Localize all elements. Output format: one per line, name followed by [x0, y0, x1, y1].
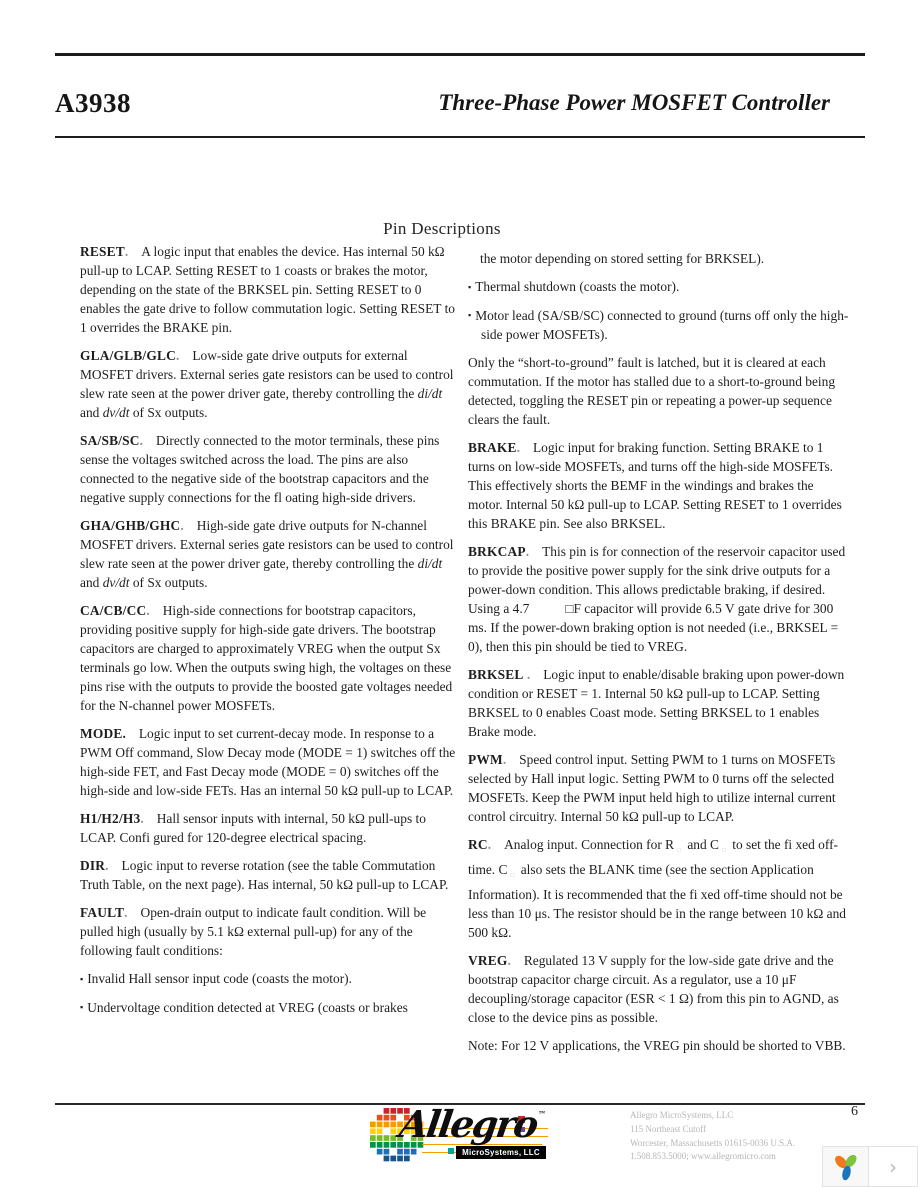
- pin-term: CA/CB/CC: [80, 603, 146, 618]
- address-line: Allegro MicroSystems, LLC: [630, 1109, 795, 1123]
- logo-teal-square: [448, 1148, 454, 1154]
- pin-desc-dir: DIR.Logic input to reverse rotation (see…: [80, 856, 462, 894]
- address-line: 1.508.853.5000; www.allegromicro.com: [630, 1150, 795, 1164]
- address-line: Worcester, Massachusetts 01615-0036 U.S.…: [630, 1137, 795, 1151]
- pin-term: H1/H2/H3: [80, 811, 140, 826]
- pin-desc-h123: H1/H2/H3.Hall sensor inputs with interna…: [80, 809, 462, 847]
- pin-term: BRAKE: [468, 440, 517, 455]
- pin-desc-mode: MODE.Logic input to set current-decay mo…: [80, 724, 462, 800]
- pin-desc-ca: CA/CB/CC.High-side connections for boots…: [80, 601, 462, 715]
- pin-term: FAULT: [80, 905, 124, 920]
- pin-desc-reset: RESET.A logic input that enables the dev…: [80, 242, 462, 337]
- footer-address: Allegro MicroSystems, LLC 115 Northeast …: [630, 1109, 795, 1164]
- address-line: 115 Northeast Cutoff: [630, 1123, 795, 1137]
- pin-term: RC: [468, 837, 488, 852]
- pin-term: SA/SB/SC: [80, 433, 140, 448]
- left-column: RESET.A logic input that enables the dev…: [80, 242, 462, 1026]
- allegro-logo: Allegro™ MicroSystems, LLC: [370, 1106, 550, 1168]
- bullet-icon: ▪: [468, 310, 471, 320]
- pin-desc-fault: FAULT.Open-drain output to indicate faul…: [80, 903, 462, 960]
- bullet-icon: ▪: [80, 974, 83, 984]
- pin-desc-sa: SA/SB/SC.Directly connected to the motor…: [80, 431, 462, 507]
- right-column: the motor depending on stored setting fo…: [468, 249, 850, 1064]
- fault-bullet-motor-lead: ▪Motor lead (SA/SB/SC) connected to grou…: [468, 306, 850, 345]
- header-rule: [55, 136, 865, 138]
- allegro-petal-icon: [832, 1152, 860, 1182]
- pin-desc-brake: BRAKE.Logic input for braking function. …: [468, 438, 850, 533]
- fault-bullet-undervoltage: ▪Undervoltage condition detected at VREG…: [80, 998, 462, 1018]
- brand-widget-button[interactable]: [822, 1146, 869, 1187]
- pin-term: MODE: [80, 726, 122, 741]
- pin-desc-gha: GHA/GHB/GHC.High-side gate drive outputs…: [80, 516, 462, 592]
- top-rule: [55, 53, 865, 56]
- latched-fault-paragraph: Only the “short-to-ground” fault is latc…: [468, 353, 850, 429]
- pin-term: BRKCAP: [468, 544, 526, 559]
- pin-desc-rc: RC.Analog input. Connection for R□ and C…: [468, 835, 850, 942]
- pin-term: PWM: [468, 752, 503, 767]
- pin-desc-brkcap: BRKCAP.This pin is for connection of the…: [468, 542, 850, 656]
- page-number: 6: [851, 1104, 858, 1120]
- pin-desc-brksel: BRKSEL .Logic input to enable/disable br…: [468, 665, 850, 741]
- pin-term: DIR: [80, 858, 105, 873]
- chevron-right-icon: ›: [889, 1157, 897, 1177]
- pin-term: GLA/GLB/GLC: [80, 348, 176, 363]
- note-paragraph: Note: For 12 V applications, the VREG pi…: [468, 1036, 850, 1055]
- pin-term: RESET: [80, 244, 125, 259]
- trademark-symbol: ™: [537, 1109, 546, 1119]
- brand-unit-box: MicroSystems, LLC: [456, 1146, 546, 1159]
- subscript-mark: □: [722, 847, 726, 854]
- document-title: Three-Phase Power MOSFET Controller: [438, 90, 830, 116]
- pin-term: GHA/GHB/GHC: [80, 518, 180, 533]
- brand-wordmark: Allegro™: [397, 1102, 548, 1146]
- fault-bullet-thermal: ▪Thermal shutdown (coasts the motor).: [468, 277, 850, 297]
- datasheet-page: { "header": { "part_number": "A3938", "t…: [0, 0, 918, 1188]
- pin-desc-gla: GLA/GLB/GLC.Low-side gate drive outputs …: [80, 346, 462, 422]
- pin-desc-pwm: PWM.Speed control input. Setting PWM to …: [468, 750, 850, 826]
- subscript-mark: □: [677, 847, 681, 854]
- next-page-button[interactable]: ›: [868, 1146, 918, 1187]
- pin-desc-vreg: VREG.Regulated 13 V supply for the low-s…: [468, 951, 850, 1027]
- bullet-icon: ▪: [468, 282, 471, 292]
- part-number: A3938: [55, 88, 131, 119]
- section-title: Pin Descriptions: [0, 219, 884, 239]
- bullet-icon: ▪: [80, 1002, 83, 1012]
- missing-mu-glyph: □F: [565, 601, 581, 616]
- bullet-continuation: the motor depending on stored setting fo…: [468, 249, 850, 268]
- fault-bullet-invalid-hall: ▪Invalid Hall sensor input code (coasts …: [80, 969, 462, 989]
- subscript-mark: □: [510, 872, 514, 879]
- pin-term: BRKSEL: [468, 667, 524, 682]
- pin-term: VREG: [468, 953, 508, 968]
